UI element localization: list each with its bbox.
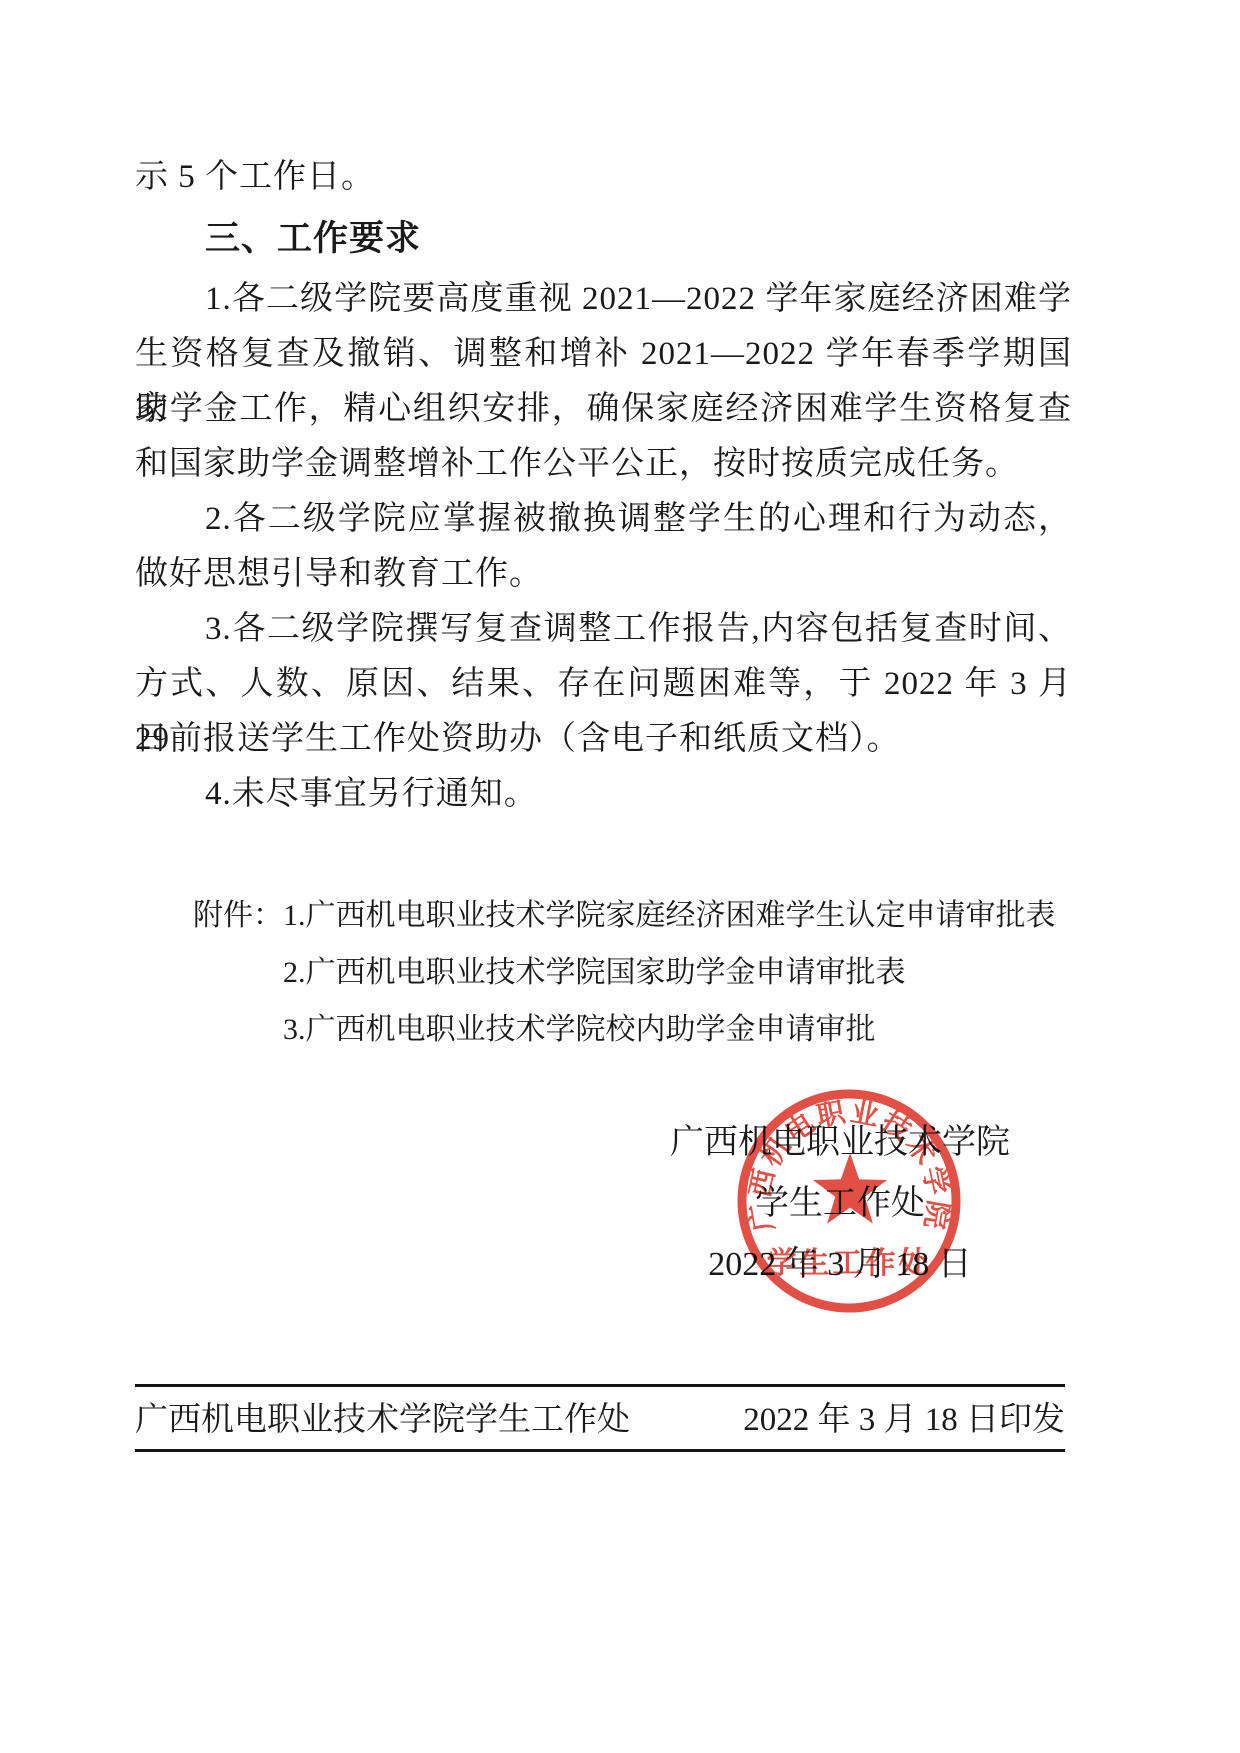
attachments-label: 附件： [193,899,283,932]
footer-imprint: 广西机电职业技术学院学生工作处 2022 年 3 月 18 日印发 [135,1396,1065,1444]
footer-print-date: 2022 年 3 月 18 日印发 [743,1396,1065,1444]
footer-divider-bottom [135,1449,1065,1452]
body-line: 做好思想引导和教育工作。 [135,547,1072,602]
body-line: 方式、人数、原因、结果、存在问题困难等，于 2022 年 3 月 29 [135,657,1072,712]
section-heading: 三、工作要求 [135,211,1072,266]
attachment-title: 1.广西机电职业技术学院家庭经济困难学生认定申请审批表 [283,899,1056,932]
document-page: 示 5 个工作日。 三、工作要求 1.各二级学院要高度重视 2021—2022 … [0,0,1240,1753]
attachment-item: 2.广西机电职业技术学院国家助学金申请审批表 [283,944,1072,1001]
footer-divider-top [135,1384,1065,1387]
seal-bottom-text: 学生工作处 [767,1247,932,1280]
body-line: 示 5 个工作日。 [135,150,1072,205]
body-line: 2.各二级学院应掌握被撤换调整学生的心理和行为动态， [135,492,1072,547]
attachments-block: 附件：1.广西机电职业技术学院家庭经济困难学生认定申请审批表 2.广西机电职业技… [135,887,1072,1058]
star-icon [813,1153,887,1224]
attachment-item: 附件：1.广西机电职业技术学院家庭经济困难学生认定申请审批表 [193,887,1072,944]
body-line: 日前报送学生工作处资助办（含电子和纸质文档）。 [135,712,1072,767]
body-line: 和国家助学金调整增补工作公平公正，按时按质完成任务。 [135,437,1072,492]
body-line: 3.各二级学院撰写复查调整工作报告,内容包括复查时间、 [135,602,1072,657]
body-line: 生资格复查及撤销、调整和增补 2021—2022 学年春季学期国家 [135,327,1072,382]
attachment-item: 3.广西机电职业技术学院校内助学金申请审批 [283,1001,1072,1058]
body-text-block: 示 5 个工作日。 三、工作要求 1.各二级学院要高度重视 2021—2022 … [135,150,1072,1058]
footer-issuer: 广西机电职业技术学院学生工作处 [135,1396,630,1444]
body-line: 1.各二级学院要高度重视 2021—2022 学年家庭经济困难学 [135,272,1072,327]
body-line: 助学金工作，精心组织安排，确保家庭经济困难学生资格复查 [135,382,1072,437]
body-line: 4.未尽事宜另行通知。 [135,767,1072,822]
official-seal: 广西机电职业技术学院 学生工作处 [737,1089,961,1313]
